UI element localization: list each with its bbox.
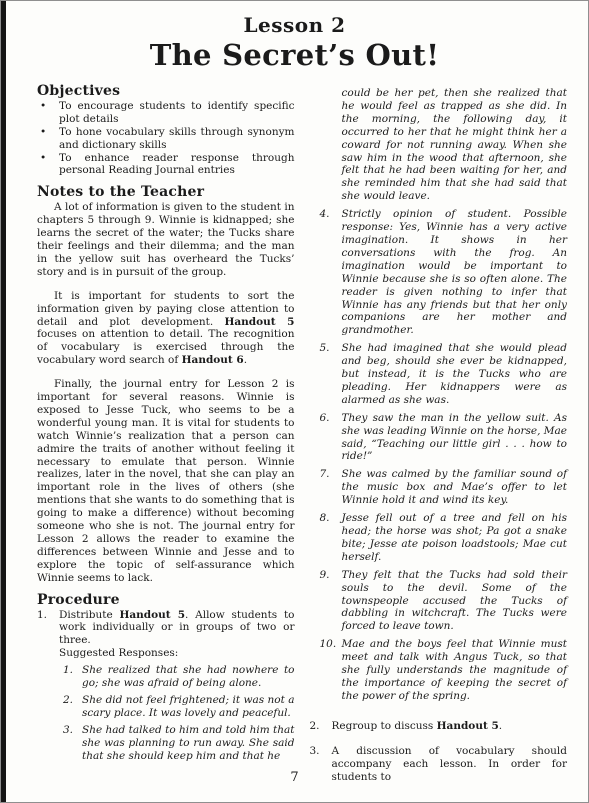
- response-item: 4. Strictly opinion of student. Possible…: [320, 208, 568, 337]
- suggested-responses-label: Suggested Responses:: [59, 647, 295, 660]
- objective-text: To hone vocabulary skills through synony…: [59, 126, 295, 152]
- document-page: Lesson 2 The Secret’s Out! Objectives • …: [0, 0, 589, 803]
- response-text: She did not feel frightened; it was not …: [82, 694, 295, 720]
- response-item: 10. Mae and the boys feel that Winnie mu…: [320, 638, 568, 703]
- response-item: 8. Jesse fell out of a tree and fell on …: [320, 512, 568, 564]
- response-number: 9.: [320, 569, 342, 634]
- left-column: Objectives • To encourage students to id…: [37, 85, 295, 787]
- response-3-continuation: could be her pet, then she realized that…: [342, 87, 568, 203]
- objective-text: To encourage students to identify specif…: [59, 100, 295, 126]
- response-text: She was calmed by the familiar sound of …: [342, 468, 568, 507]
- bullet-icon: •: [37, 152, 59, 178]
- response-item: 6. They saw the man in the yellow suit. …: [320, 412, 568, 464]
- response-text: She realized that she had nowhere to go;…: [82, 664, 295, 690]
- objective-item: • To hone vocabulary skills through syno…: [37, 126, 295, 152]
- response-number: 10.: [320, 638, 342, 703]
- response-text: Mae and the boys feel that Winnie must m…: [342, 638, 568, 703]
- response-text: Jesse fell out of a tree and fell on his…: [342, 512, 568, 564]
- responses-list: 1. She realized that she had nowhere to …: [63, 664, 295, 762]
- response-item: 1. She realized that she had nowhere to …: [63, 664, 295, 690]
- item-text: Regroup to discuss Handout 5.: [332, 720, 568, 733]
- response-text: Strictly opinion of student. Possible re…: [342, 208, 568, 337]
- response-number: 5.: [320, 342, 342, 407]
- page-number: 7: [1, 770, 588, 785]
- item-body: Distribute Handout 5. Allow students to …: [59, 609, 295, 763]
- response-number: 2.: [63, 694, 82, 720]
- objectives-heading: Objectives: [37, 85, 295, 98]
- objective-text: To enhance reader response through perso…: [59, 152, 295, 178]
- scan-edge-strip: [1, 1, 6, 802]
- response-number: 4.: [320, 208, 342, 337]
- response-number: 1.: [63, 664, 82, 690]
- notes-heading: Notes to the Teacher: [37, 186, 295, 199]
- objective-item: • To encourage students to identify spec…: [37, 100, 295, 126]
- response-item: 3. She had talked to him and told him th…: [63, 724, 295, 763]
- response-text: She had imagined that she would plead an…: [342, 342, 568, 407]
- response-item: 9. They felt that the Tucks had sold the…: [320, 569, 568, 634]
- notes-paragraph-2: It is important for students to sort the…: [37, 290, 295, 367]
- item-text: Distribute Handout 5. Allow students to …: [59, 609, 295, 647]
- two-column-body: Objectives • To encourage students to id…: [37, 85, 567, 787]
- response-number: 6.: [320, 412, 342, 464]
- response-text: They felt that the Tucks had sold their …: [342, 569, 568, 634]
- response-item: 7. She was calmed by the familiar sound …: [320, 468, 568, 507]
- procedure-item-2: 2. Regroup to discuss Handout 5.: [310, 720, 568, 733]
- right-column: could be her pet, then she realized that…: [310, 85, 568, 787]
- objective-item: • To enhance reader response through per…: [37, 152, 295, 178]
- bullet-icon: •: [37, 126, 59, 152]
- item-number: 2.: [310, 720, 332, 733]
- bullet-icon: •: [37, 100, 59, 126]
- page-title: The Secret’s Out!: [1, 38, 588, 72]
- responses-list-continued: 4. Strictly opinion of student. Possible…: [320, 208, 568, 703]
- notes-paragraph-3: Finally, the journal entry for Lesson 2 …: [37, 378, 295, 585]
- procedure-heading: Procedure: [37, 594, 295, 607]
- response-text: She had talked to him and told him that …: [82, 724, 295, 763]
- page-header: Lesson 2 The Secret’s Out!: [1, 13, 588, 72]
- response-item: 5. She had imagined that she would plead…: [320, 342, 568, 407]
- response-item: 2. She did not feel frightened; it was n…: [63, 694, 295, 720]
- response-text: They saw the man in the yellow suit. As …: [342, 412, 568, 464]
- response-number: 3.: [63, 724, 82, 763]
- response-number: 7.: [320, 468, 342, 507]
- procedure-item-1: 1. Distribute Handout 5. Allow students …: [37, 609, 295, 763]
- response-number: 8.: [320, 512, 342, 564]
- item-number: 1.: [37, 609, 59, 763]
- lesson-label: Lesson 2: [1, 13, 588, 37]
- notes-paragraph-1: A lot of information is given to the stu…: [37, 201, 295, 278]
